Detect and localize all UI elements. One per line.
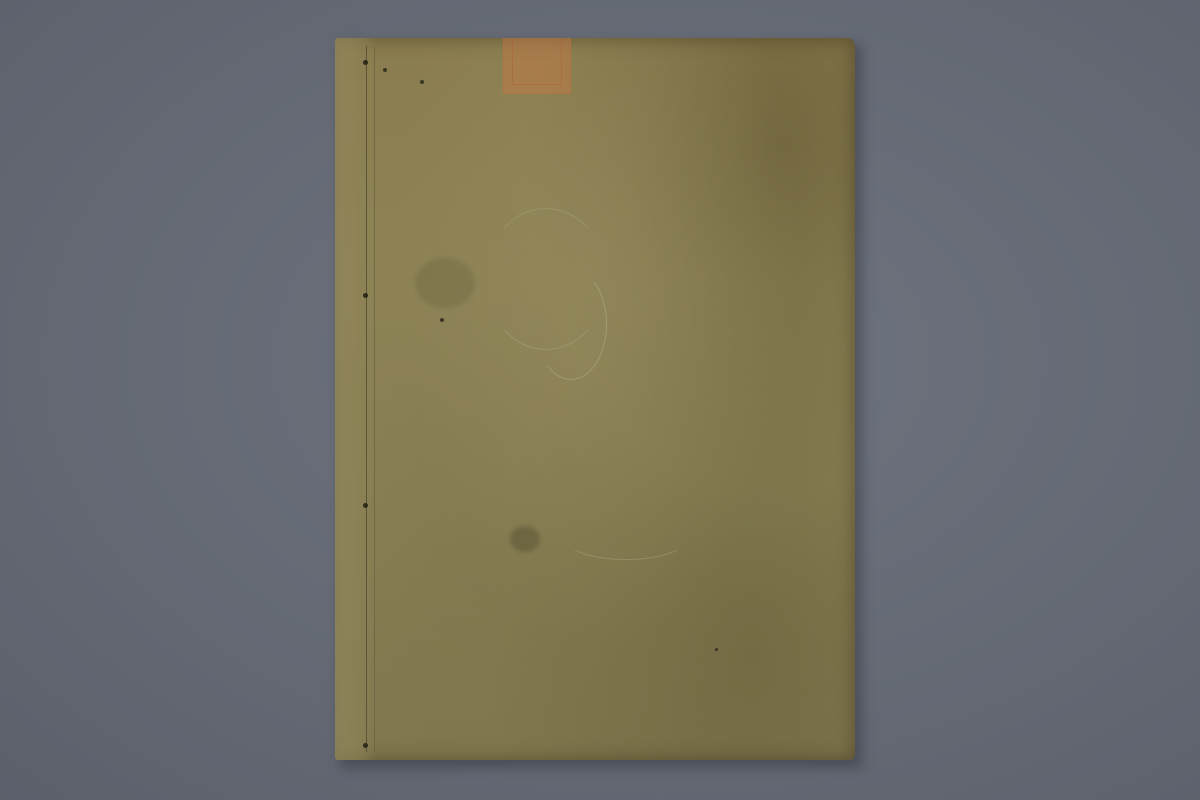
seal-border	[512, 38, 562, 85]
book-cover	[335, 38, 855, 760]
spine-strip	[335, 38, 377, 760]
ink-speck	[440, 318, 444, 322]
pencil-mark	[535, 268, 607, 380]
ink-speck	[383, 68, 387, 72]
stain	[415, 258, 475, 308]
stitch-hole	[363, 743, 368, 748]
stitch-hole	[363, 503, 368, 508]
pencil-mark	[565, 518, 687, 560]
stitch-thread	[366, 46, 367, 752]
stitch-hole	[363, 60, 368, 65]
ink-speck	[420, 80, 424, 84]
stitch-hole	[363, 293, 368, 298]
spine-fold-line	[374, 46, 375, 752]
ink-speck	[715, 648, 718, 651]
faded-seal-label	[503, 38, 571, 94]
stain	[510, 526, 540, 552]
